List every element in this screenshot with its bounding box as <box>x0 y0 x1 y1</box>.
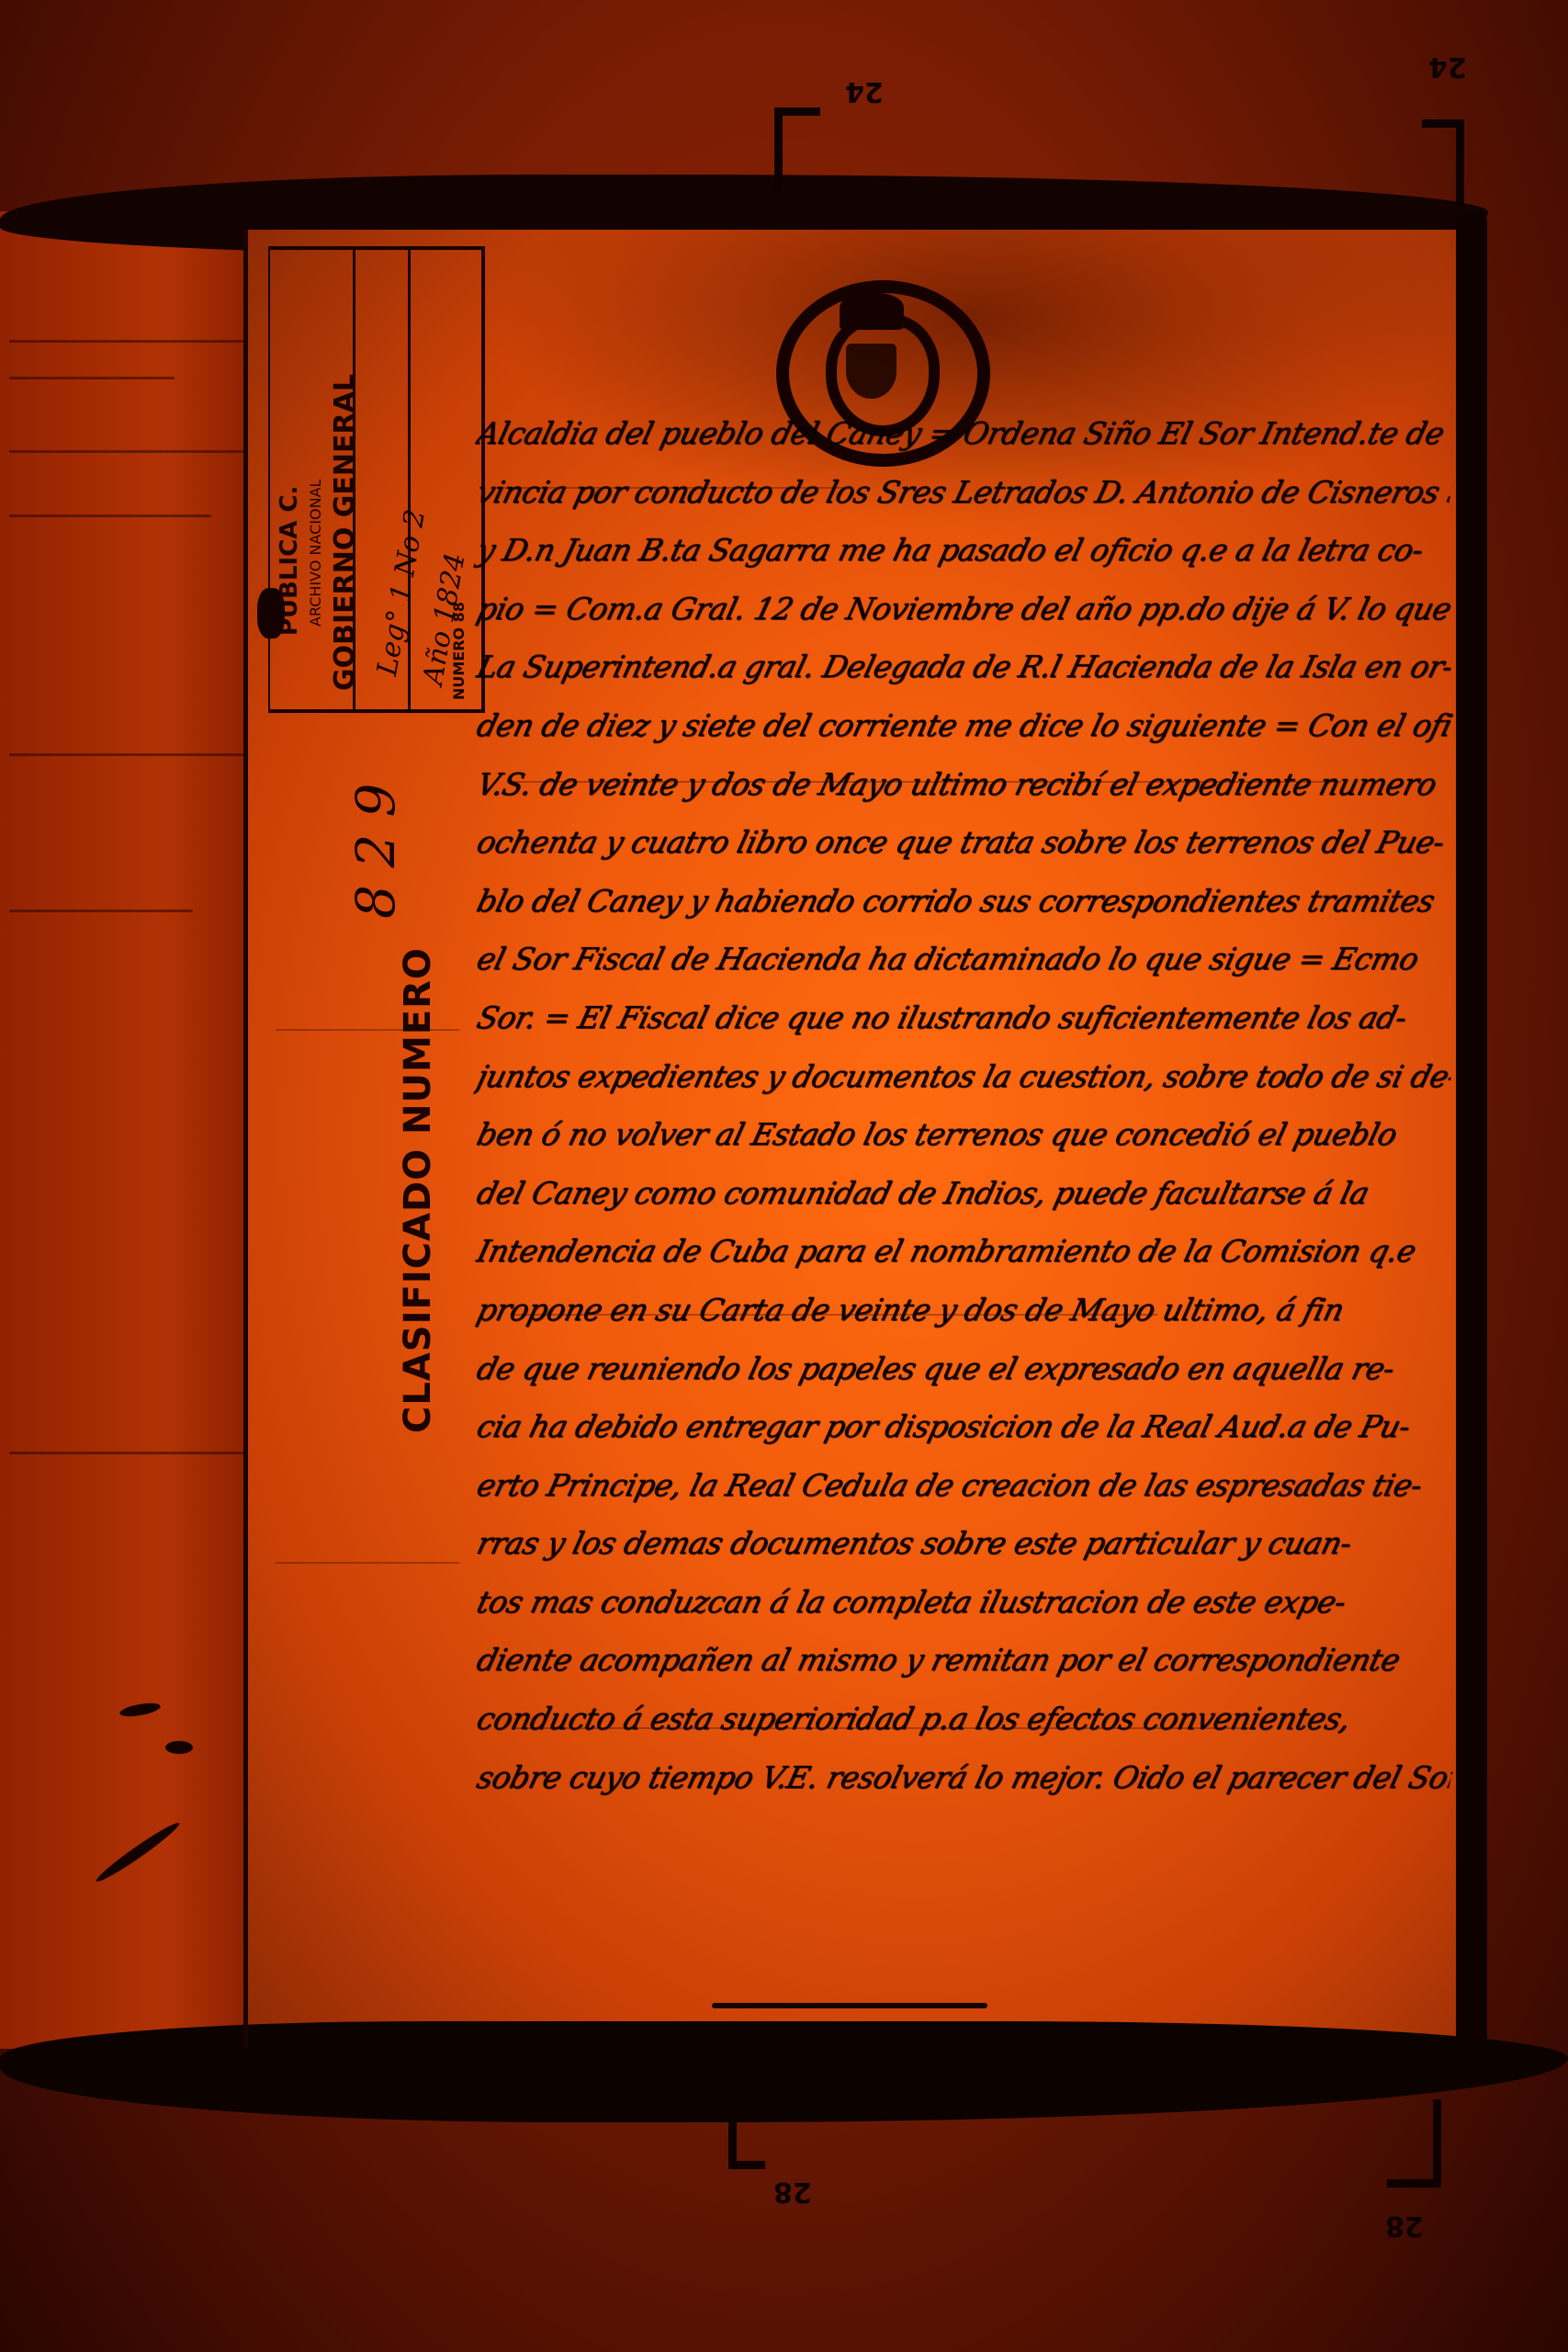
manuscript-line: y D.n Juan B.ta Sagarra me ha pasado el … <box>470 521 1459 580</box>
manuscript-line: diente acompañen al mismo y remitan por … <box>470 1631 1459 1690</box>
manuscript-line: el Sor Fiscal de Hacienda ha dictaminado… <box>470 930 1459 989</box>
manuscript-line: pio = Com.a Gral. 12 de Noviembre del añ… <box>470 580 1459 639</box>
manuscript-line: ben ó no volver al Estado los terrenos q… <box>470 1105 1459 1164</box>
shield-icon <box>846 344 897 399</box>
manuscript-line: Alcaldia del pueblo del Caney = Ordena S… <box>470 404 1459 463</box>
archive-stamp: PUBLICA C. ARCHIVO NACIONAL GOBIERNO GEN… <box>268 246 485 713</box>
manuscript-line: V.S. de veinte y dos de Mayo ultimo reci… <box>470 755 1459 814</box>
manuscript-line: Intendencia de Cuba para el nombramiento… <box>470 1222 1459 1281</box>
manuscript-line: blo del Caney y habiendo corrido sus cor… <box>470 872 1459 931</box>
signature-flourish <box>712 2003 987 2008</box>
manuscript-text: Alcaldia del pueblo del Caney = Ordena S… <box>478 404 1451 1806</box>
manuscript-line: tos mas conduzcan á la completa ilustrac… <box>470 1573 1459 1632</box>
page-right-shadow <box>1456 211 1487 2049</box>
page-bottom-shadow <box>0 2021 1568 2122</box>
stamp-number-label: NUMERO 88 <box>450 602 468 700</box>
stamp-line-2: ARCHIVO NACIONAL <box>307 480 324 627</box>
manuscript-line: cia ha debido entregar por disposicion d… <box>470 1397 1459 1456</box>
manuscript-line: den de diez y siete del corriente me dic… <box>470 696 1459 755</box>
manuscript-line: Sor. = El Fiscal dice que no ilustrando … <box>470 989 1459 1047</box>
stamp-line-3: GOBIERNO GENERAL <box>329 374 361 691</box>
page-left-edge <box>243 230 248 2049</box>
classification-label: CLASIFICADO NUMERO <box>397 947 439 1433</box>
manuscript-line: rras y los demas documentos sobre este p… <box>470 1514 1459 1573</box>
manuscript-line: erto Principe, la Real Cedula de creacio… <box>470 1456 1459 1515</box>
manuscript-line: del Caney como comunidad de Indios, pued… <box>470 1164 1459 1223</box>
manuscript-line: conducto á esta superioridad p.a los efe… <box>470 1690 1459 1748</box>
manuscript-line: juntos expedientes y documentos la cuest… <box>470 1047 1459 1106</box>
manuscript-line: de que reuniendo los papeles que el expr… <box>470 1340 1459 1398</box>
document-scan: PUBLICA C. ARCHIVO NACIONAL GOBIERNO GEN… <box>0 0 1568 2352</box>
manuscript-line: ochenta y cuatro libro once que trata so… <box>470 813 1459 872</box>
classification-number: 8 2 9 <box>344 783 407 919</box>
manuscript-line: La Superintend.a gral. Delegada de R.l H… <box>470 638 1459 696</box>
manuscript-line: sobre cuyo tiempo V.E. resolverá lo mejo… <box>470 1748 1459 1807</box>
manuscript-line: propone en su Carta de veinte y dos de M… <box>470 1281 1459 1340</box>
underlying-page <box>0 211 276 2049</box>
manuscript-line: vincia por conducto de los Sres Letrados… <box>470 463 1459 522</box>
